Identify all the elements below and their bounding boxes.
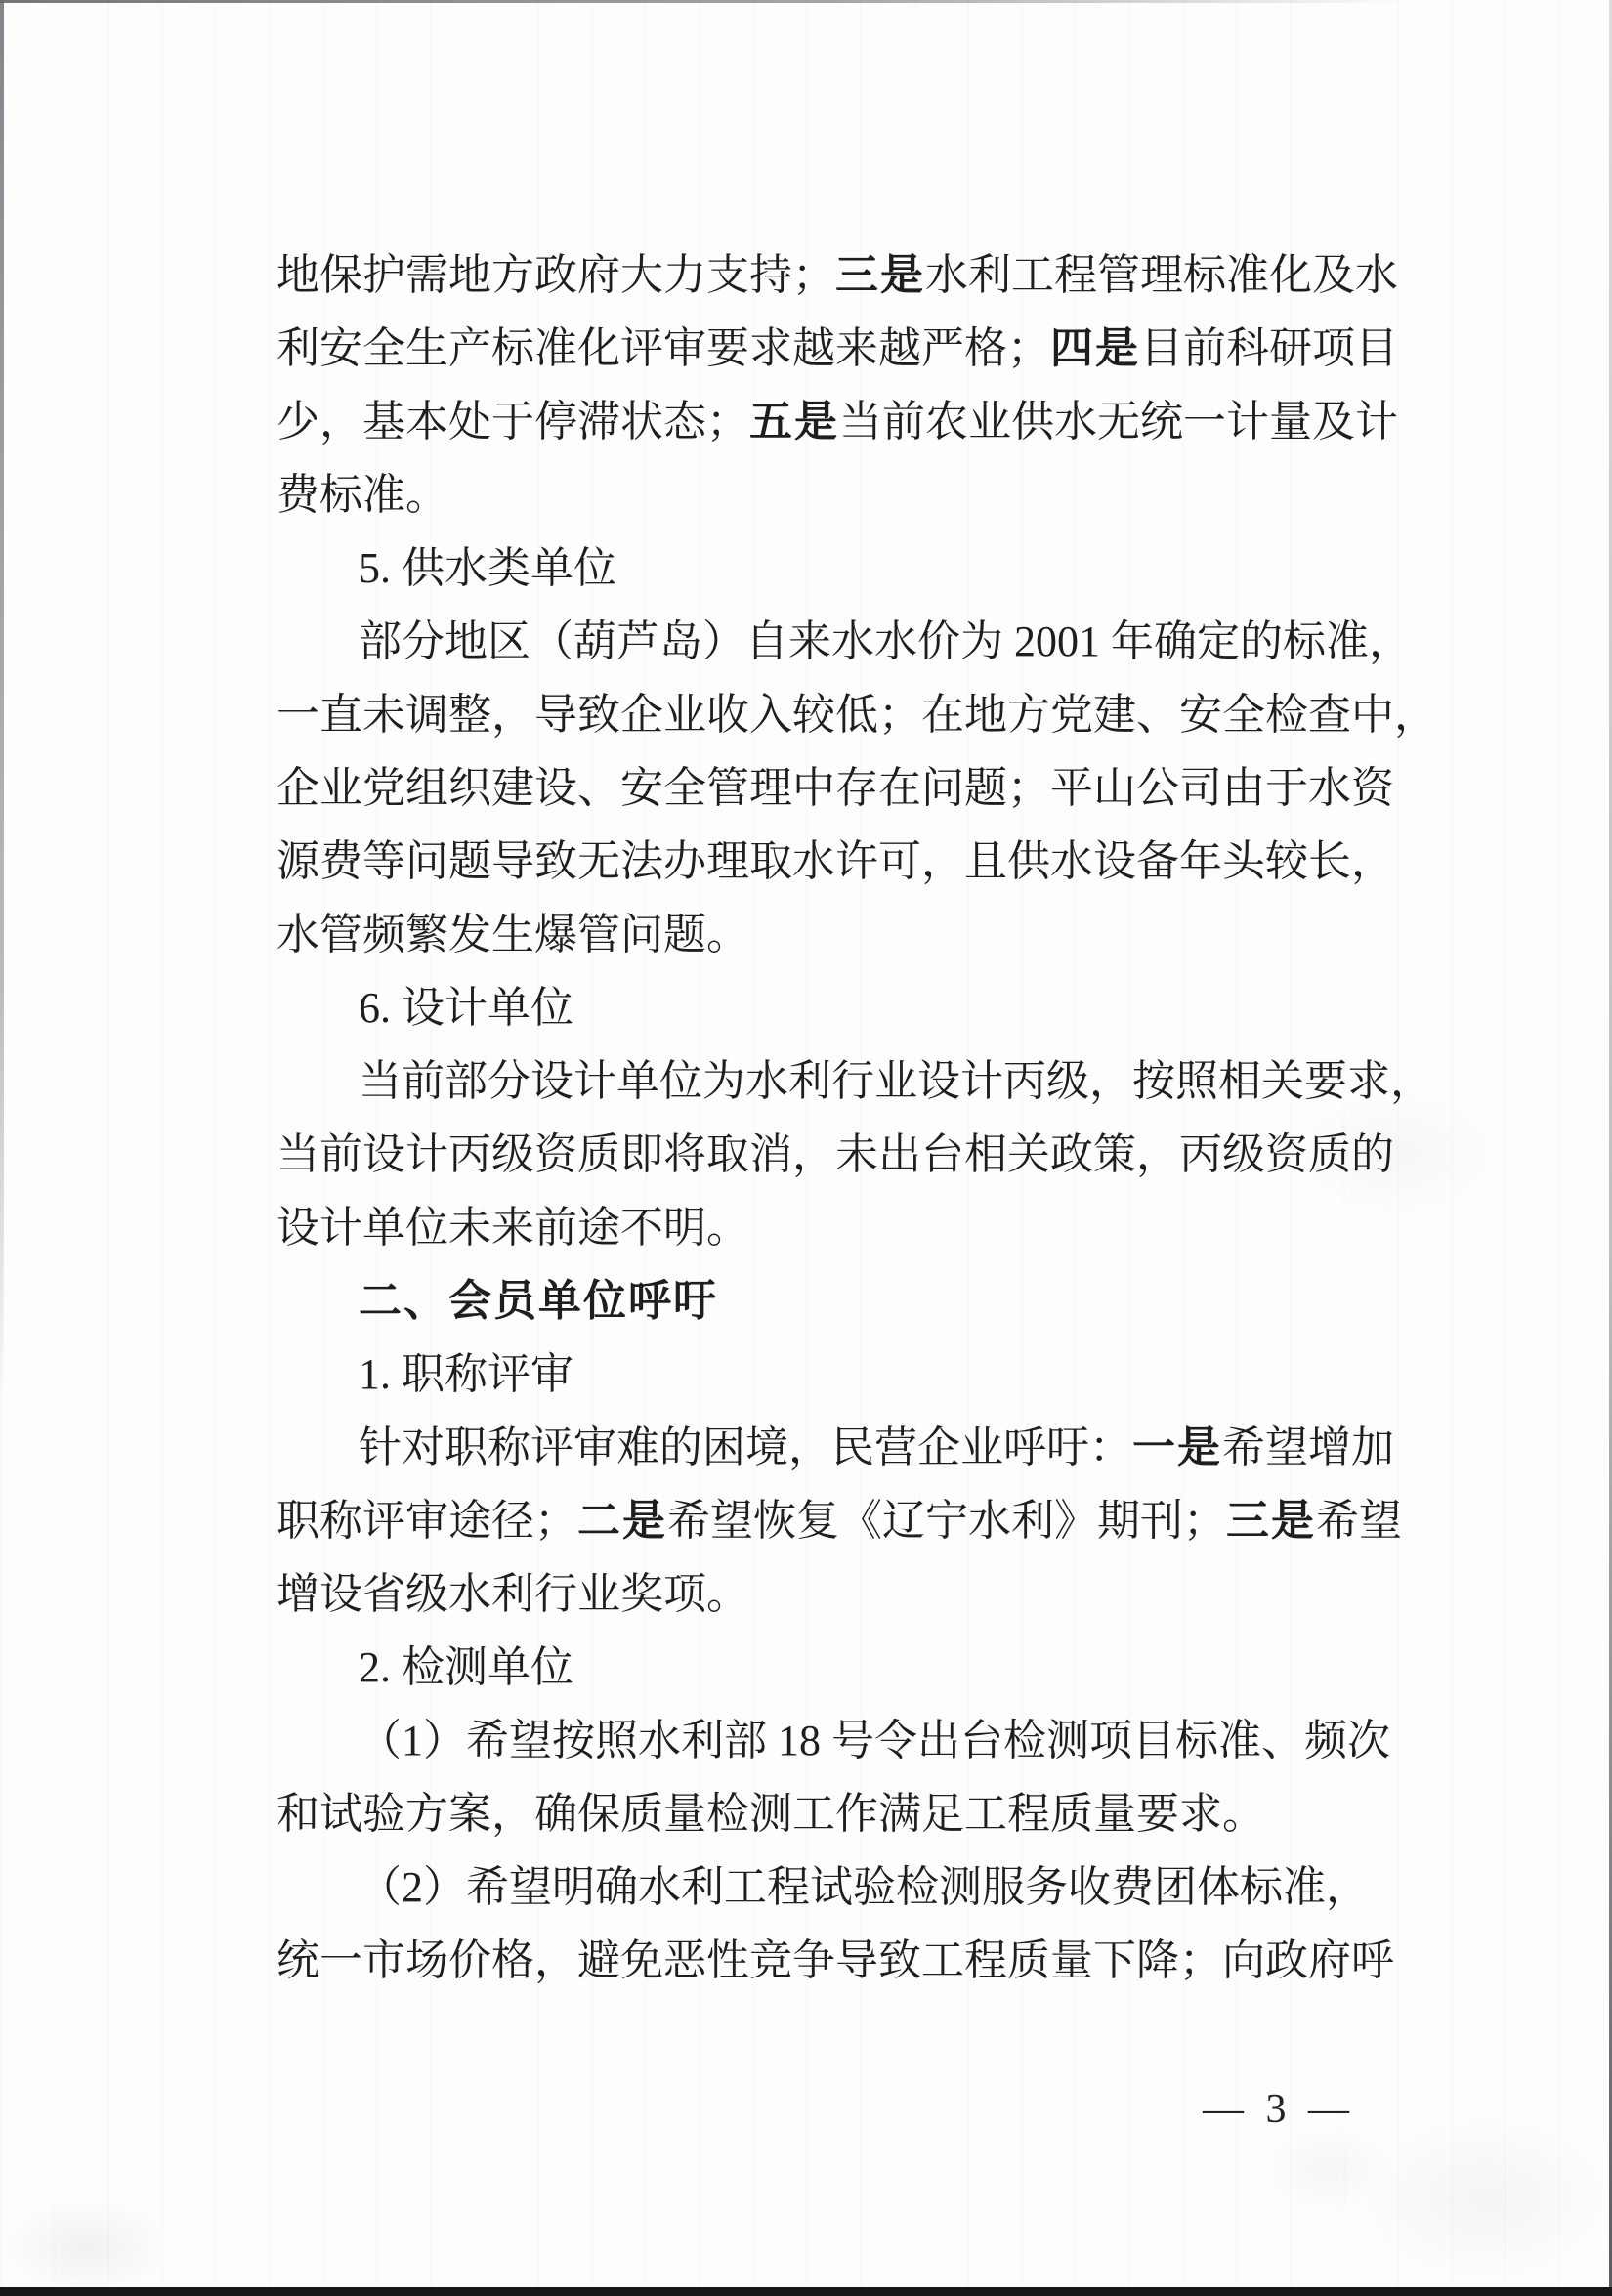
text-run: 源费等问题导致无法办理取水许可，且供水设备年头较长，	[276, 837, 1394, 885]
text-run: 6. 设计单位	[359, 984, 573, 1032]
scan-edge-left	[0, 0, 4, 1407]
text-run: 地保护需地方政府大力支持；	[276, 251, 835, 299]
text-run: 5. 供水类单位	[359, 544, 616, 592]
text-line: 部分地区（葫芦岛）自来水水价为 2001 年确定的标准，	[276, 605, 1355, 678]
text-run: 针对职称评审难的困境，民营企业呼吁：	[359, 1424, 1132, 1471]
text-run: 和试验方案，确保质量检测工作满足工程质量要求。	[276, 1790, 1265, 1838]
text-line: 当前部分设计单位为水利行业设计丙级，按照相关要求，	[276, 1044, 1355, 1118]
text-line: 地保护需地方政府大力支持；三是水利工程管理标准化及水	[276, 238, 1355, 312]
text-run: 当前部分设计单位为水利行业设计丙级，按照相关要求，	[359, 1057, 1433, 1105]
text-line: 少，基本处于停滞状态；五是当前农业供水无统一计量及计	[276, 385, 1355, 458]
text-run: 目前科研项目	[1140, 324, 1398, 372]
text-run: 费标准。	[276, 471, 448, 519]
text-line: 6. 设计单位	[276, 971, 1355, 1044]
text-run: 职称评审途径；	[276, 1497, 577, 1545]
emphasis-text-run: 二是	[577, 1497, 667, 1545]
text-line: 1. 职称评审	[276, 1338, 1355, 1411]
text-line: 和试验方案，确保质量检测工作满足工程质量要求。	[276, 1777, 1355, 1850]
text-line: （1）希望按照水利部 18 号令出台检测项目标准、频次	[276, 1704, 1355, 1777]
text-run: 1. 职称评审	[359, 1350, 573, 1398]
text-line: 水管频繁发生爆管问题。	[276, 898, 1355, 971]
text-line: 2. 检测单位	[276, 1631, 1355, 1704]
text-line: 针对职称评审难的困境，民营企业呼吁：一是希望增加	[276, 1411, 1355, 1484]
text-line: 当前设计丙级资质即将取消，未出台相关政策，丙级资质的	[276, 1118, 1355, 1191]
text-line: 费标准。	[276, 458, 1355, 531]
emphasis-text-run: 二、会员单位呼吁	[359, 1277, 718, 1325]
text-line: 一直未调整，导致企业收入较低；在地方党建、安全检查中，	[276, 678, 1355, 751]
text-run: 部分地区（葫芦岛）自来水水价为 2001 年确定的标准，	[359, 617, 1412, 665]
text-run: 当前设计丙级资质即将取消，未出台相关政策，丙级资质的	[276, 1130, 1394, 1178]
text-run: 希望	[1316, 1497, 1402, 1545]
text-run: 少，基本处于停滞状态；	[276, 398, 749, 446]
text-run: （2）希望明确水利工程试验检测服务收费团体标准，	[359, 1863, 1369, 1911]
emphasis-text-run: 五是	[749, 398, 839, 446]
text-line: 统一市场价格，避免恶性竞争导致工程质量下降；向政府呼	[276, 1924, 1355, 1997]
text-line: 二、会员单位呼吁	[276, 1264, 1355, 1338]
text-run: 希望恢复《辽宁水利》期刊；	[667, 1497, 1226, 1545]
emphasis-text-run: 四是	[1050, 324, 1140, 372]
text-run: 水管频繁发生爆管问题。	[276, 911, 749, 958]
text-run: 增设省级水利行业奖项。	[276, 1570, 749, 1618]
text-line: （2）希望明确水利工程试验检测服务收费团体标准，	[276, 1850, 1355, 1924]
text-run: 2. 检测单位	[359, 1643, 573, 1691]
text-run: 设计单位未来前途不明。	[276, 1204, 749, 1252]
text-line: 企业党组织建设、安全管理中存在问题；平山公司由于水资	[276, 751, 1355, 825]
text-line: 5. 供水类单位	[276, 531, 1355, 605]
text-line: 增设省级水利行业奖项。	[276, 1557, 1355, 1631]
text-line: 利安全生产标准化评审要求越来越严格；四是目前科研项目	[276, 312, 1355, 385]
text-line: 设计单位未来前途不明。	[276, 1191, 1355, 1264]
text-run: 水利工程管理标准化及水	[925, 251, 1398, 299]
text-line: 源费等问题导致无法办理取水许可，且供水设备年头较长，	[276, 825, 1355, 898]
text-run: 企业党组织建设、安全管理中存在问题；平山公司由于水资	[276, 764, 1394, 812]
text-run: 希望增加	[1222, 1424, 1394, 1471]
emphasis-text-run: 三是	[835, 251, 925, 299]
scan-edge-top	[0, 0, 1407, 3]
text-run: 一直未调整，导致企业收入较低；在地方党建、安全检查中，	[276, 691, 1437, 739]
text-line: 职称评审途径；二是希望恢复《辽宁水利》期刊；三是希望	[276, 1484, 1355, 1557]
page-number: — 3 —	[276, 2085, 1355, 2134]
text-run: 当前农业供水无统一计量及计	[839, 398, 1398, 446]
emphasis-text-run: 一是	[1132, 1424, 1222, 1471]
scan-edge-bottom	[0, 2287, 1612, 2296]
text-run: 统一市场价格，避免恶性竞争导致工程质量下降；向政府呼	[276, 1936, 1394, 1984]
document-page: 地保护需地方政府大力支持；三是水利工程管理标准化及水利安全生产标准化评审要求越来…	[0, 0, 1612, 2296]
document-text-block: 地保护需地方政府大力支持；三是水利工程管理标准化及水利安全生产标准化评审要求越来…	[276, 238, 1355, 1997]
emphasis-text-run: 三是	[1226, 1497, 1316, 1545]
text-run: 利安全生产标准化评审要求越来越严格；	[276, 324, 1050, 372]
text-run: （1）希望按照水利部 18 号令出台检测项目标准、频次	[359, 1717, 1390, 1765]
